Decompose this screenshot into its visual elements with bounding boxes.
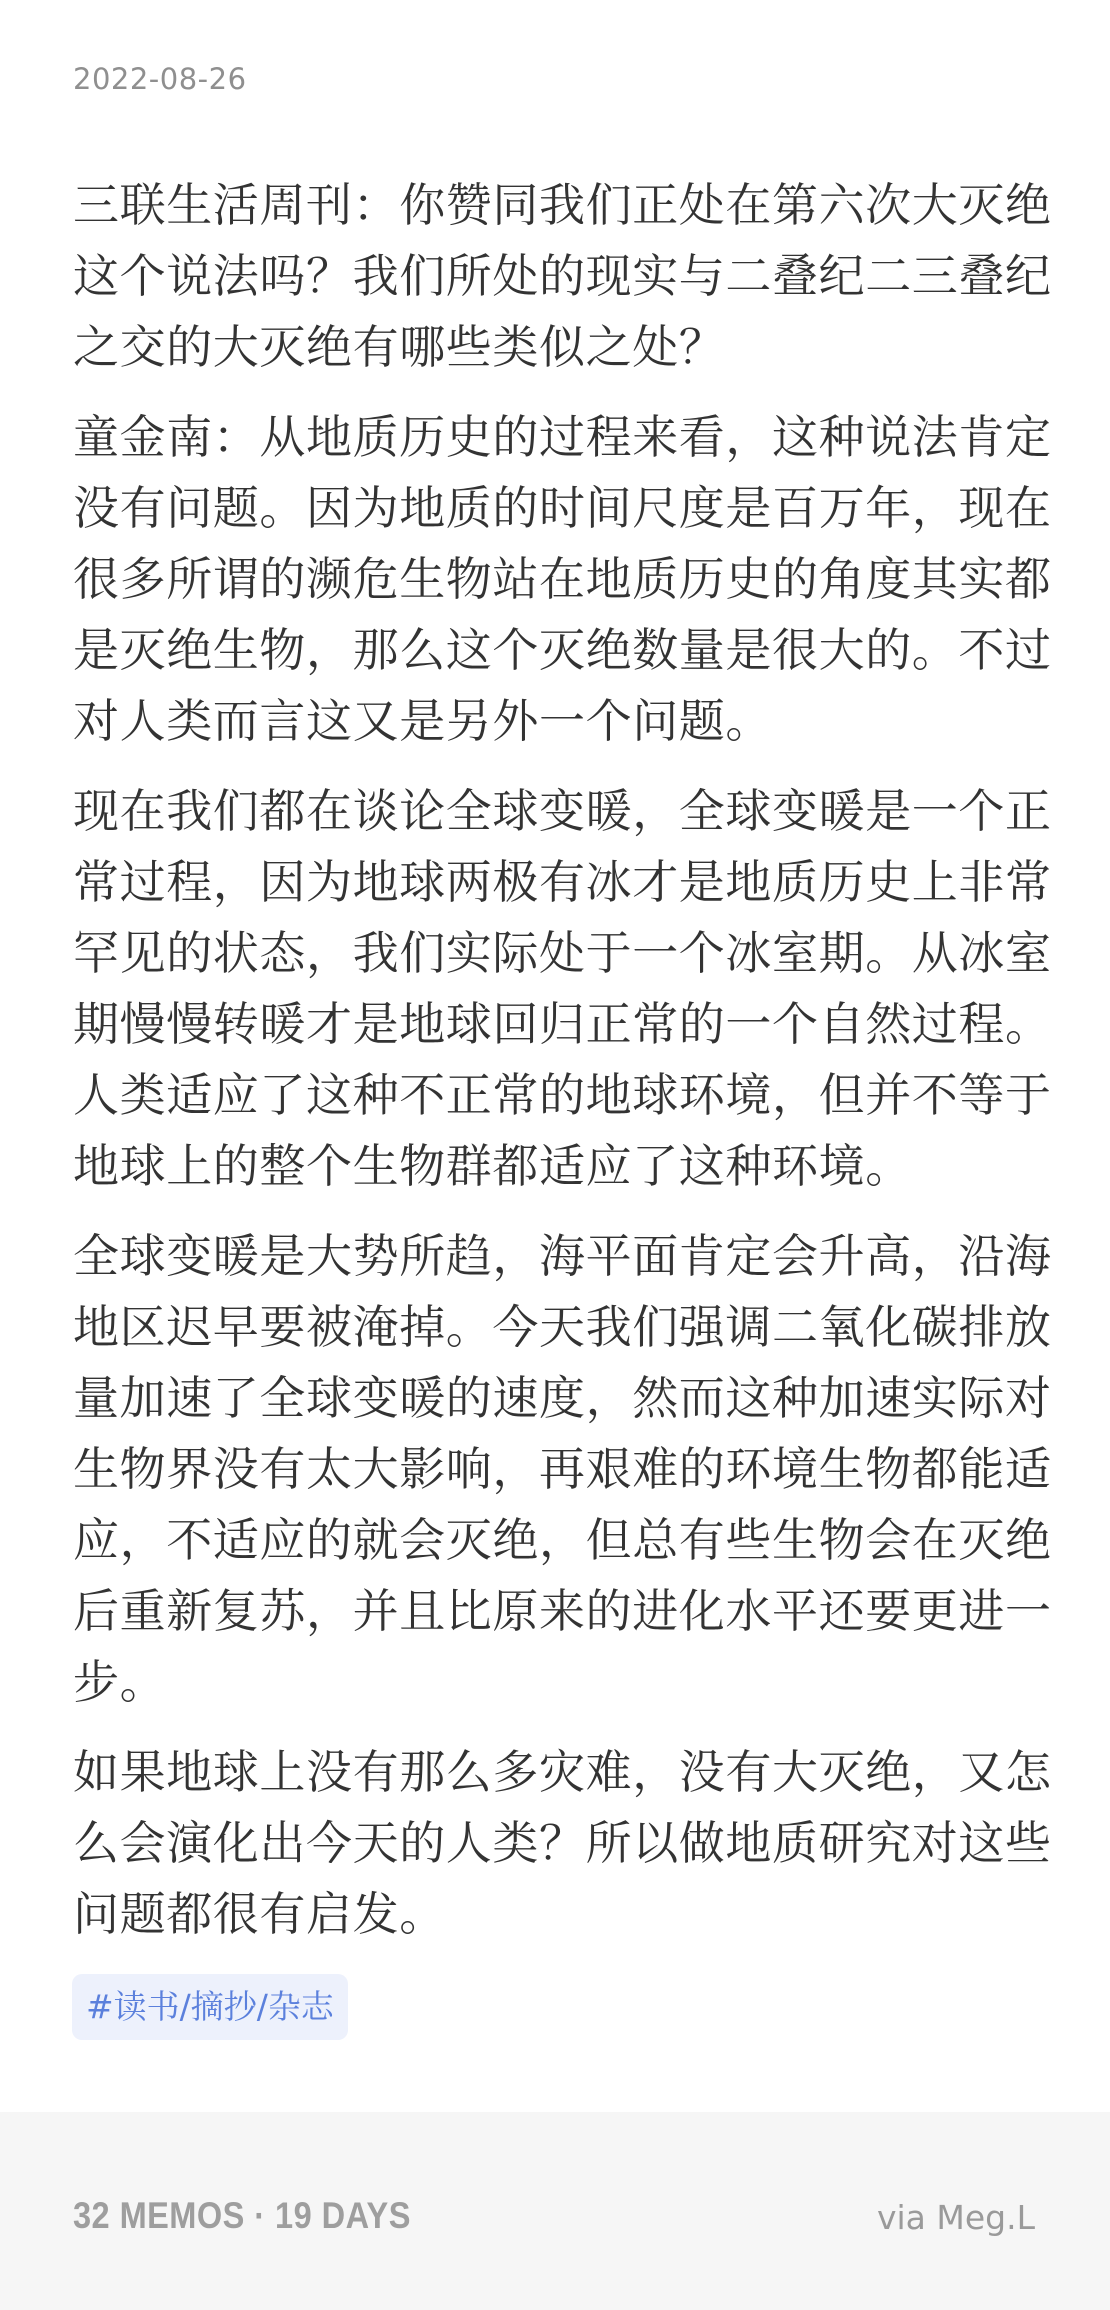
- text-line: 问题都很有启发。: [73, 1879, 1037, 1950]
- text-line: 如果地球上没有那么多灾难，没有大灭绝，又怎: [73, 1737, 1037, 1808]
- text-line: 罕见的状态，我们实际处于一个冰室期。从冰室: [73, 918, 1037, 989]
- text-line: 量加速了全球变暖的速度，然而这种加速实际对: [73, 1363, 1037, 1434]
- text-line: 对人类而言这又是另外一个问题。: [73, 686, 1037, 757]
- memo-date: 2022-08-26: [73, 62, 247, 96]
- memo-paragraph: 童金南：从地质历史的过程来看，这种说法肯定 没有问题。因为地质的时间尺度是百万年…: [73, 402, 1037, 757]
- text-line: 期慢慢转暖才是地球回归正常的一个自然过程。: [73, 989, 1037, 1060]
- text-line: 这个说法吗？我们所处的现实与二叠纪二三叠纪: [73, 241, 1037, 312]
- memo-content: 三联生活周刊：你赞同我们正处在第六次大灭绝 这个说法吗？我们所处的现实与二叠纪二…: [73, 170, 1037, 1969]
- text-line: 步。: [73, 1647, 1037, 1718]
- text-line: 生物界没有太大影响，再艰难的环境生物都能适: [73, 1434, 1037, 1505]
- text-line: 应，不适应的就会灭绝，但总有些生物会在灭绝: [73, 1505, 1037, 1576]
- footer: 32 MEMOS · 19 DAYS via Meg.L: [0, 2112, 1110, 2310]
- text-line: 童金南：从地质历史的过程来看，这种说法肯定: [73, 402, 1037, 473]
- text-line: 么会演化出今天的人类？所以做地质研究对这些: [73, 1808, 1037, 1879]
- text-line: 地区迟早要被淹掉。今天我们强调二氧化碳排放: [73, 1292, 1037, 1363]
- memo-tag[interactable]: #读书/摘抄/杂志: [72, 1974, 348, 2040]
- text-line: 全球变暖是大势所趋，海平面肯定会升高，沿海: [73, 1221, 1037, 1292]
- text-line: 三联生活周刊：你赞同我们正处在第六次大灭绝: [73, 170, 1037, 241]
- text-line: 很多所谓的濒危生物站在地质历史的角度其实都: [73, 544, 1037, 615]
- memo-paragraph: 全球变暖是大势所趋，海平面肯定会升高，沿海 地区迟早要被淹掉。今天我们强调二氧化…: [73, 1221, 1037, 1718]
- via-author: via Meg.L: [877, 2196, 1035, 2240]
- memo-paragraph: 如果地球上没有那么多灾难，没有大灭绝，又怎 么会演化出今天的人类？所以做地质研究…: [73, 1737, 1037, 1950]
- text-line: 之交的大灭绝有哪些类似之处？: [73, 312, 1037, 383]
- text-line: 没有问题。因为地质的时间尺度是百万年，现在: [73, 473, 1037, 544]
- text-line: 是灭绝生物，那么这个灭绝数量是很大的。不过: [73, 615, 1037, 686]
- memo-paragraph: 三联生活周刊：你赞同我们正处在第六次大灭绝 这个说法吗？我们所处的现实与二叠纪二…: [73, 170, 1037, 383]
- memo-paragraph: 现在我们都在谈论全球变暖，全球变暖是一个正 常过程，因为地球两极有冰才是地质历史…: [73, 776, 1037, 1202]
- text-line: 常过程，因为地球两极有冰才是地质历史上非常: [73, 847, 1037, 918]
- text-line: 地球上的整个生物群都适应了这种环境。: [73, 1131, 1037, 1202]
- text-line: 后重新复苏，并且比原来的进化水平还要更进一: [73, 1576, 1037, 1647]
- memo-stats: 32 MEMOS · 19 DAYS: [73, 2194, 411, 2238]
- text-line: 人类适应了这种不正常的地球环境，但并不等于: [73, 1060, 1037, 1131]
- text-line: 现在我们都在谈论全球变暖，全球变暖是一个正: [73, 776, 1037, 847]
